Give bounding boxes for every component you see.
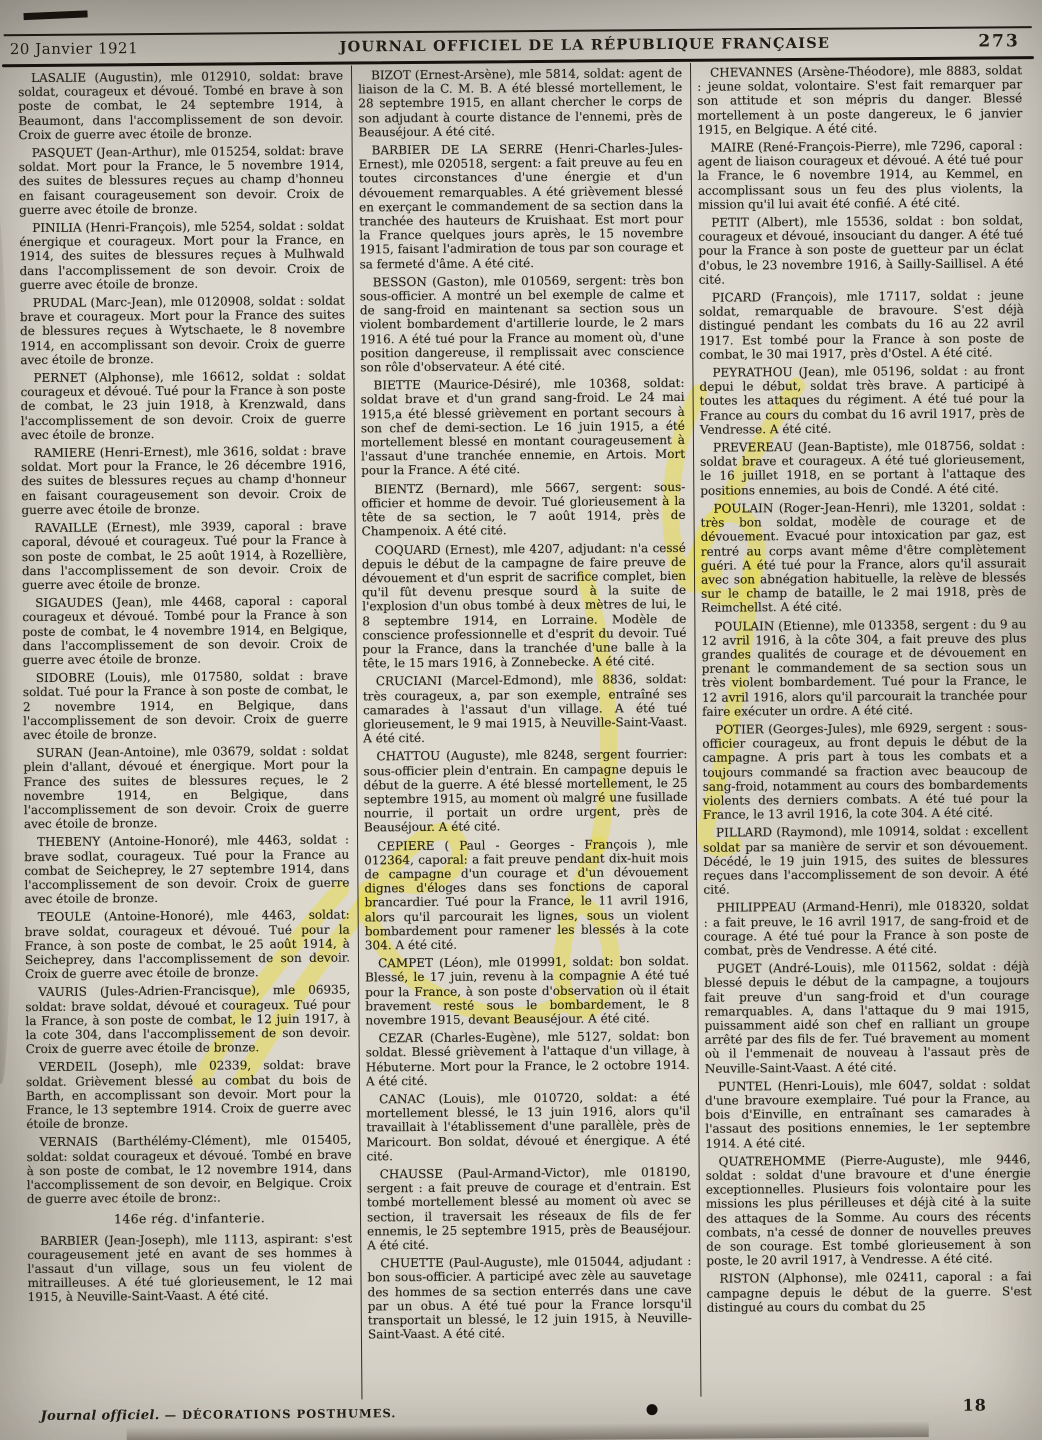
- entry-maire: MAIRE (René-François-Pierre), mle 7296, …: [698, 138, 1024, 212]
- entry-puntel: PUNTEL (Henri-Louis), mle 6047, soldat :…: [705, 1077, 1031, 1151]
- entry-thebeny: THEBENY (Antoine-Honoré), mle 4463, sold…: [24, 833, 350, 907]
- entry-poulain-roger: POULAIN (Roger-Jean-Henri), mle 13201, s…: [700, 499, 1026, 615]
- entry-puget: PUGET (André-Louis), mle 011562, soldat …: [704, 959, 1030, 1075]
- entry-ramiere: RAMIERE (Henri-Ernest), mle 3616, soldat…: [21, 444, 347, 518]
- entry-pernet: PERNET (Alphonse), mle 16612, soldat : s…: [20, 369, 346, 443]
- entry-bizot: BIZOT (Ernest-Arsène), mle 5814, soldat:…: [358, 66, 683, 140]
- entry-philippeau: PHILIPPEAU (Armand-Henri), mle 018320, s…: [704, 899, 1029, 958]
- entry-peyrathou: PEYRATHOU (Jean), mle 05196, soldat : au…: [699, 363, 1025, 437]
- footer-bullet-mark: [647, 1404, 658, 1415]
- entry-besson: BESSON (Gaston), mle 010569, sergent: tr…: [360, 273, 685, 375]
- entry-sidobre: SIDOBRE (Louis), mle 017580, soldat : br…: [23, 669, 349, 743]
- entry-prevereau: PREVEREAU (Jean-Baptiste), mle 018756, s…: [700, 438, 1025, 497]
- column-1: LASALIE (Augustin), mle 012910, soldat: …: [12, 65, 361, 1402]
- column-2: BIZOT (Ernest-Arsène), mle 5814, soldat:…: [351, 63, 700, 1400]
- entry-vernais: VERNAIS (Barthélémy-Clément), mle 015405…: [26, 1133, 352, 1207]
- entry-ravaille: RAVAILLE (Ernest), mle 3939, caporal : b…: [22, 519, 348, 593]
- entry-cepiere: CEPIERE ( Paul - Georges - François ), m…: [364, 836, 689, 952]
- entry-lasalie: LASALIE (Augustin), mle 012910, soldat: …: [18, 69, 344, 143]
- entry-vauris: VAURIS (Jules-Adrien-Francisque), mle 06…: [25, 983, 351, 1057]
- entry-coquard: COQUARD (Ernest), mle 4207, adjudant: n'…: [362, 540, 687, 670]
- entry-petit: PETIT (Albert), mle 15536, soldat : bon …: [698, 213, 1024, 287]
- entry-pasquet: PASQUET (Jean-Arthur), mle 015254, solda…: [19, 144, 345, 218]
- text-columns: LASALIE (Augustin), mle 012910, soldat: …: [12, 60, 1040, 1402]
- regiment-heading: 146e rég. d'infanterie.: [27, 1211, 352, 1228]
- entry-chattou: CHATTOU (Auguste), mle 8248, sergent fou…: [363, 747, 688, 835]
- entry-pillard: PILLARD (Raymond), mle 10914, soldat : e…: [703, 824, 1029, 898]
- journal-title: JOURNAL OFFICIEL DE LA RÉPUBLIQUE FRANÇA…: [240, 33, 930, 55]
- entry-poulain-etienne: POULAIN (Etienne), mle 013358, sergent :…: [701, 617, 1027, 719]
- entry-pinilia: PINILIA (Henri-François), mle 5254, sold…: [19, 219, 345, 293]
- page-number: 273: [930, 31, 1028, 52]
- entry-teoule: TEOULE (Antoine-Honoré), mle 4463, solda…: [25, 908, 351, 982]
- footer-caption: Journal officiel. — DÉCORATIONS POSTHUME…: [41, 1406, 397, 1424]
- entry-sigaudes: SIGAUDES (Jean), mle 4468, caporal : cap…: [22, 594, 348, 668]
- entry-potier: POTIER (Georges-Jules), mle 6929, sergen…: [702, 720, 1028, 822]
- entry-chevannes: CHEVANNES (Arsène-Théodore), mle 8883, s…: [697, 63, 1023, 137]
- entry-chuette: CHUETTE (Paul-Auguste), mle 015044, adju…: [367, 1254, 692, 1342]
- entry-suran: SURAN (Jean-Antoine), mle 03679, soldat …: [23, 744, 349, 832]
- footer-journal-label: Journal officiel.: [41, 1408, 160, 1424]
- scanned-newspaper-page: 20 Janvier 1921 JOURNAL OFFICIEL DE LA R…: [0, 0, 1042, 1440]
- entry-prudal: PRUDAL (Marc-Jean), mle 0120908, soldat …: [20, 294, 346, 368]
- top-left-ink-mark: [23, 10, 87, 20]
- entry-picard: PICARD (François), mle 17117, soldat : j…: [699, 288, 1025, 362]
- entry-bientz: BIENTZ (Bernard), mle 5667, sergent: sou…: [361, 480, 685, 539]
- entry-canac: CANAC (Louis), mle 010720, soldat: a été…: [366, 1090, 691, 1164]
- sheet-number: 18: [962, 1396, 986, 1415]
- entry-campet: CAMPET (Léon), mle 019991, soldat: bon s…: [365, 954, 690, 1028]
- entry-cezar: CEZAR (Charles-Eugène), mle 5127, soldat…: [366, 1029, 690, 1088]
- entry-biette: BIETTE (Maurice-Désiré), mle 10368, sold…: [360, 376, 685, 478]
- scan-content: 20 Janvier 1921 JOURNAL OFFICIEL DE LA R…: [0, 0, 1042, 1440]
- entry-verdeil: VERDEIL (Joseph), mle 02339, soldat: bra…: [26, 1058, 352, 1132]
- entry-cruciani: CRUCIANI (Marcel-Edmond), mle 8836, sold…: [363, 672, 688, 746]
- entry-quatrehomme: QUATREHOMME (Pierre-Auguste), mle 9446, …: [706, 1152, 1032, 1268]
- entry-chausse: CHAUSSE (Paul-Armand-Victor), mle 018190…: [367, 1165, 692, 1253]
- issue-date: 20 Janvier 1921: [10, 38, 240, 58]
- entry-riston: RISTON (Alphonse), mle 02411, caporal : …: [706, 1270, 1031, 1315]
- entry-barbier-de-la-serre: BARBIER DE LA SERRE (Henri-Charles-Jules…: [359, 141, 684, 271]
- footer-section-label: — DÉCORATIONS POSTHUMES.: [159, 1406, 396, 1422]
- column-3: CHEVANNES (Arsène-Théodore), mle 8883, s…: [690, 60, 1040, 1397]
- entry-barbier: BARBIER (Jean-Joseph), mle 1113, aspiran…: [27, 1231, 353, 1305]
